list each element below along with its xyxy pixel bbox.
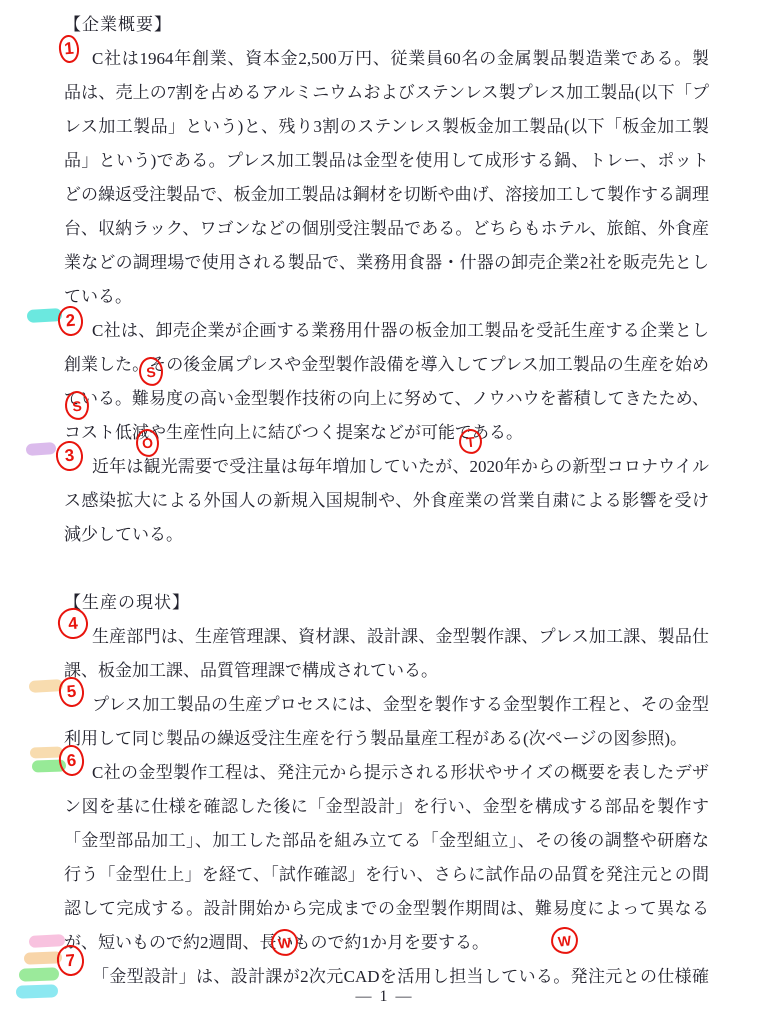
text-line: 認して完成する。設計開始から完成までの金型製作期間は、難易度によって異なる (64, 892, 709, 926)
text-line: 品」という)である。プレス加工製品は金型を使用して成形する鍋、トレー、ポットな (64, 144, 709, 178)
highlight-mark-cyan-p7 (16, 984, 58, 998)
document-page: 【企業概要】 C社は1964年創業、資本金2,500万円、従業員60名の金属製品… (0, 0, 769, 1024)
highlight-mark-purple-p3 (26, 442, 57, 456)
text-line: C社の金型製作工程は、発注元から提示される形状やサイズの概要を表したデザイ (64, 756, 709, 790)
text-line: ている。 (64, 280, 709, 314)
text-line: 業などの調理場で使用される製品で、業務用食器・什器の卸売企業2社を販売先とし (64, 246, 709, 280)
section-heading-production-status: 【生産の現状】 (64, 586, 709, 620)
text-line: 「金型部品加工」、加工した部品を組み立てる「金型組立」、その後の調整や研磨などを (64, 824, 709, 858)
text-line: プレス加工製品の生産プロセスには、金型を製作する金型製作工程と、その金型を (64, 688, 709, 722)
highlight-mark-green-p7 (19, 967, 59, 981)
text-line: どの繰返受注製品で、板金加工製品は鋼材を切断や曲げ、溶接加工して製作する調理 (64, 178, 709, 212)
text-line: レス加工製品」という)と、残り3割のステンレス製板金加工製品(以下「板金加工製 (64, 110, 709, 144)
text-line: C社は1964年創業、資本金2,500万円、従業員60名の金属製品製造業である。… (64, 42, 709, 76)
highlight-mark-pink-p7 (29, 934, 66, 948)
text-line: コスト低減や生産性向上に結びつく提案などが可能である。 (64, 416, 709, 450)
blank-line (64, 552, 709, 586)
document-body: 【企業概要】 C社は1964年創業、資本金2,500万円、従業員60名の金属製品… (64, 8, 709, 994)
text-line: 減少している。 (64, 518, 709, 552)
page-number: ― 1 ― (0, 988, 769, 1006)
text-line: C社は、卸売企業が企画する業務用什器の板金加工製品を受託生産する企業として (64, 314, 709, 348)
text-line: ている。難易度の高い金型製作技術の向上に努めて、ノウハウを蓄積してきたため、 (64, 382, 709, 416)
text-line: 近年は観光需要で受注量は毎年増加していたが、2020年からの新型コロナウイル (64, 450, 709, 484)
text-line: ン図を基に仕様を確認した後に「金型設計」を行い、金型を構成する部品を製作する (64, 790, 709, 824)
text-line: 台、収納ラック、ワゴンなどの個別受注製品である。どちらもホテル、旅館、外食産 (64, 212, 709, 246)
text-line: 行う「金型仕上」を経て、「試作確認」を行い、さらに試作品の品質を発注元との間で確 (64, 858, 709, 892)
section-heading-company-overview: 【企業概要】 (64, 8, 709, 42)
text-line: 品は、売上の7割を占めるアルミニウムおよびステンレス製プレス加工製品(以下「プ (64, 76, 709, 110)
text-line: 生産部門は、生産管理課、資材課、設計課、金型製作課、プレス加工課、製品仕上 (64, 620, 709, 654)
text-line: 課、板金加工課、品質管理課で構成されている。 (64, 654, 709, 688)
text-line: 利用して同じ製品の繰返受注生産を行う製品量産工程がある(次ページの図参照)。 (64, 722, 709, 756)
text-line: が、短いもので約2週間、長いもので約1か月を要する。 (64, 926, 709, 960)
text-line: ス感染拡大による外国人の新規入国規制や、外食産業の営業自粛による影響を受けて (64, 484, 709, 518)
